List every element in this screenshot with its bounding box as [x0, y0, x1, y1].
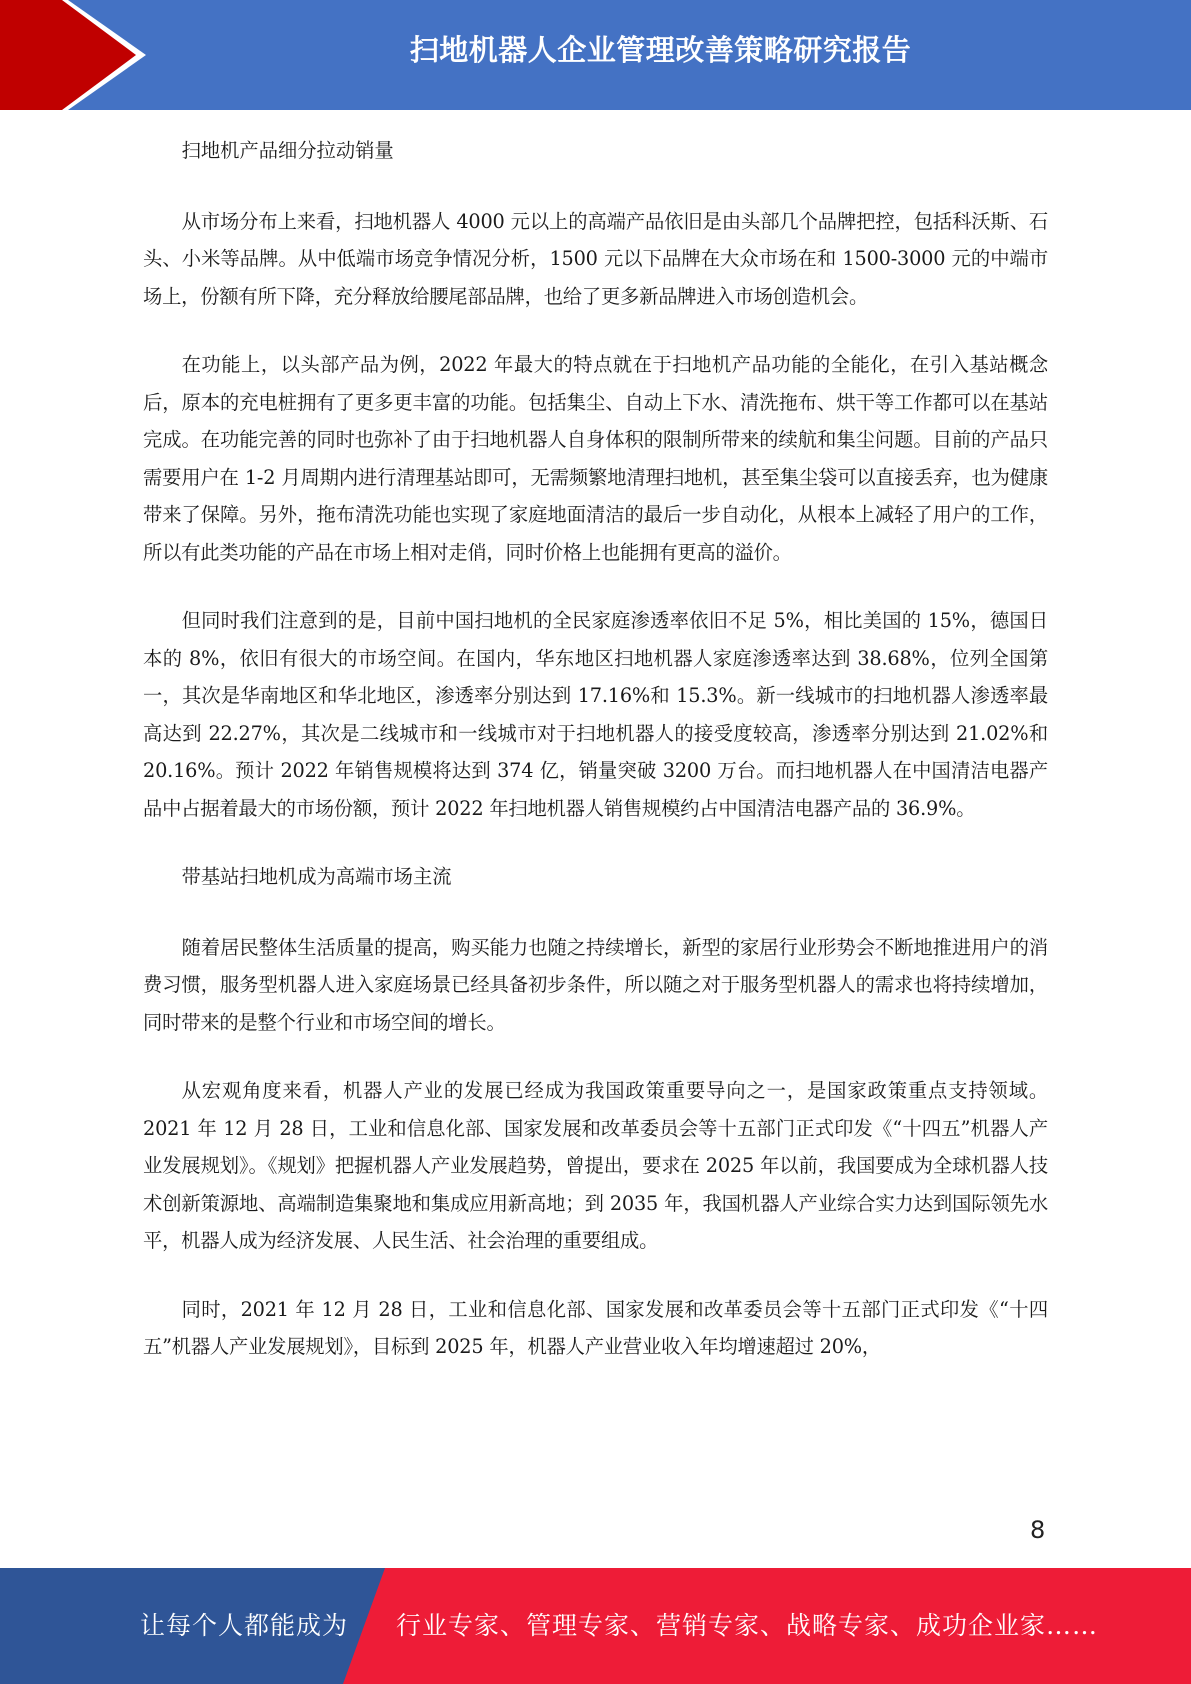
document-body: 扫地机产品细分拉动销量 从市场分布上来看，扫地机器人 4000 元以上的高端产品…: [143, 132, 1048, 1366]
footer-slogan-right: 行业专家、管理专家、营销专家、战略专家、成功企业家……: [396, 1568, 1098, 1684]
paragraph: 同时，2021 年 12 月 28 日，工业和信息化部、国家发展和改革委员会等十…: [143, 1291, 1048, 1366]
footer-slogan-left: 让每个人都能成为: [140, 1568, 348, 1684]
paragraph: 从宏观角度来看，机器人产业的发展已经成为我国政策重要导向之一，是国家政策重点支持…: [143, 1072, 1048, 1260]
paragraph: 在功能上，以头部产品为例，2022 年最大的特点就在于扫地机产品功能的全能化，在…: [143, 346, 1048, 571]
paragraph: 随着居民整体生活质量的提高，购买能力也随之持续增长，新型的家居行业形势会不断地推…: [143, 929, 1048, 1042]
paragraph: 但同时我们注意到的是，目前中国扫地机的全民家庭渗透率依旧不足 5%，相比美国的 …: [143, 602, 1048, 827]
page-header: 扫地机器人企业管理改善策略研究报告: [0, 0, 1191, 110]
section-heading: 带基站扫地机成为高端市场主流: [143, 858, 1048, 896]
page-number: 8: [1030, 1516, 1045, 1544]
paragraph: 从市场分布上来看，扫地机器人 4000 元以上的高端产品依旧是由头部几个品牌把控…: [143, 203, 1048, 316]
page-footer: 让每个人都能成为 行业专家、管理专家、营销专家、战略专家、成功企业家……: [0, 1568, 1191, 1684]
document-title: 扫地机器人企业管理改善策略研究报告: [0, 0, 1191, 100]
section-heading: 扫地机产品细分拉动销量: [143, 132, 1048, 170]
